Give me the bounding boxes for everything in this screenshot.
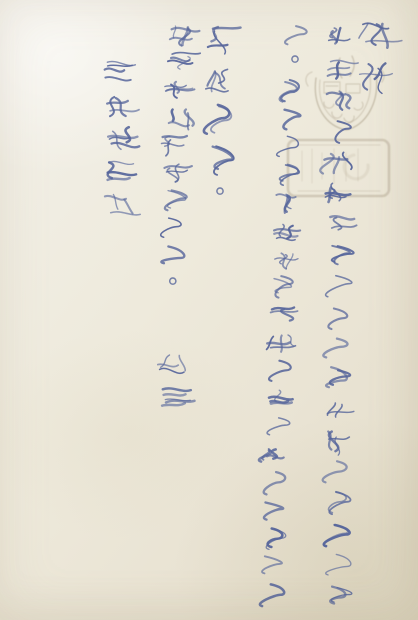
column-line-3 — [204, 27, 241, 194]
column-signature — [158, 355, 195, 406]
column-line-4 — [161, 26, 201, 284]
column-date — [105, 61, 141, 214]
column-opening — [359, 23, 402, 93]
letter-paper: 前畧 写真集を御恵送にあづかり有難うございます。うつした時代別で今昔の感が出てゐ… — [0, 0, 418, 620]
handwriting-layer — [0, 0, 418, 620]
column-line-2 — [259, 26, 307, 606]
column-line-1 — [320, 28, 358, 604]
